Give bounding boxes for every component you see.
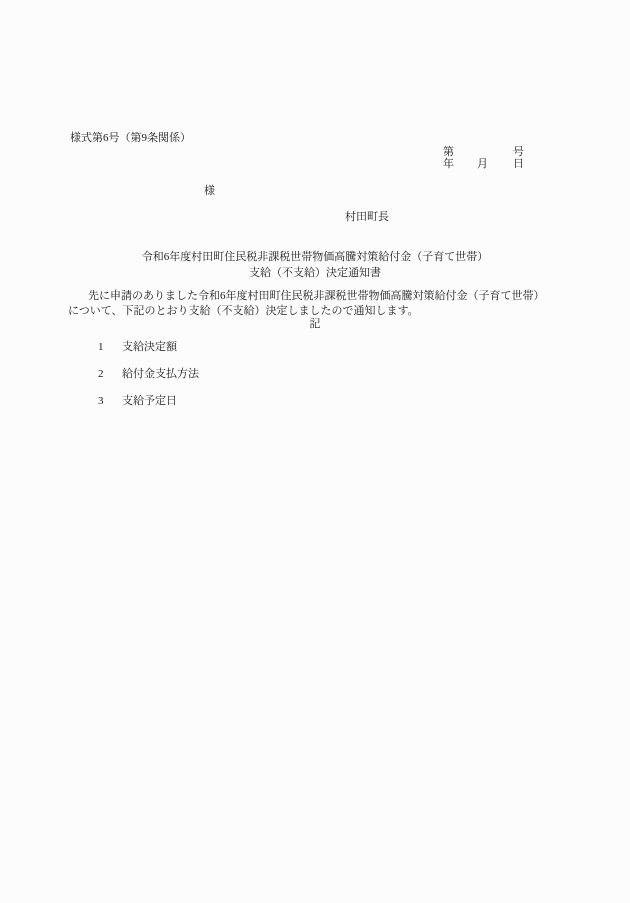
body-paragraph-line-2: について、下記のとおり支給（不支給）決定しましたので通知します。 xyxy=(68,304,578,319)
list-item-number: 3 xyxy=(98,395,122,408)
recipient-honorific: 様 xyxy=(204,185,215,198)
list-item-number: 1 xyxy=(98,341,122,354)
list-item-number: 2 xyxy=(98,368,122,381)
list-item-label: 支給予定日 xyxy=(122,395,177,407)
list-item-label: 支給決定額 xyxy=(122,341,177,353)
list-item: 2給付金支払方法 xyxy=(98,368,199,381)
record-marker: 記 xyxy=(0,318,630,331)
body-paragraph: 先に申請のありました令和6年度村田町住民税非課税世帯物価高騰対策給付金（子育て世… xyxy=(68,289,578,319)
list-item: 3支給予定日 xyxy=(98,395,177,408)
sender-name: 村田町長 xyxy=(345,211,389,224)
date-day-label: 日 xyxy=(513,158,524,171)
title-line-2: 支給（不支給）決定通知書 xyxy=(0,265,630,281)
title-line-1: 令和6年度村田町住民税非課税世帯物価高騰対策給付金（子育て世帯） xyxy=(0,249,630,265)
date-year-label: 年 xyxy=(443,158,454,171)
date-month-label: 月 xyxy=(477,158,488,171)
list-item: 1支給決定額 xyxy=(98,341,177,354)
form-number: 様式第6号（第9条関係） xyxy=(70,132,191,145)
document-title: 令和6年度村田町住民税非課税世帯物価高騰対策給付金（子育て世帯） 支給（不支給）… xyxy=(0,249,630,281)
body-paragraph-line-1: 先に申請のありました令和6年度村田町住民税非課税世帯物価高騰対策給付金（子育て世… xyxy=(68,289,578,304)
list-item-label: 給付金支払方法 xyxy=(122,368,199,380)
document-page: 様式第6号（第9条関係） 第 号 年 月 日 様 村田町長 令和6年度村田町住民… xyxy=(0,0,630,903)
